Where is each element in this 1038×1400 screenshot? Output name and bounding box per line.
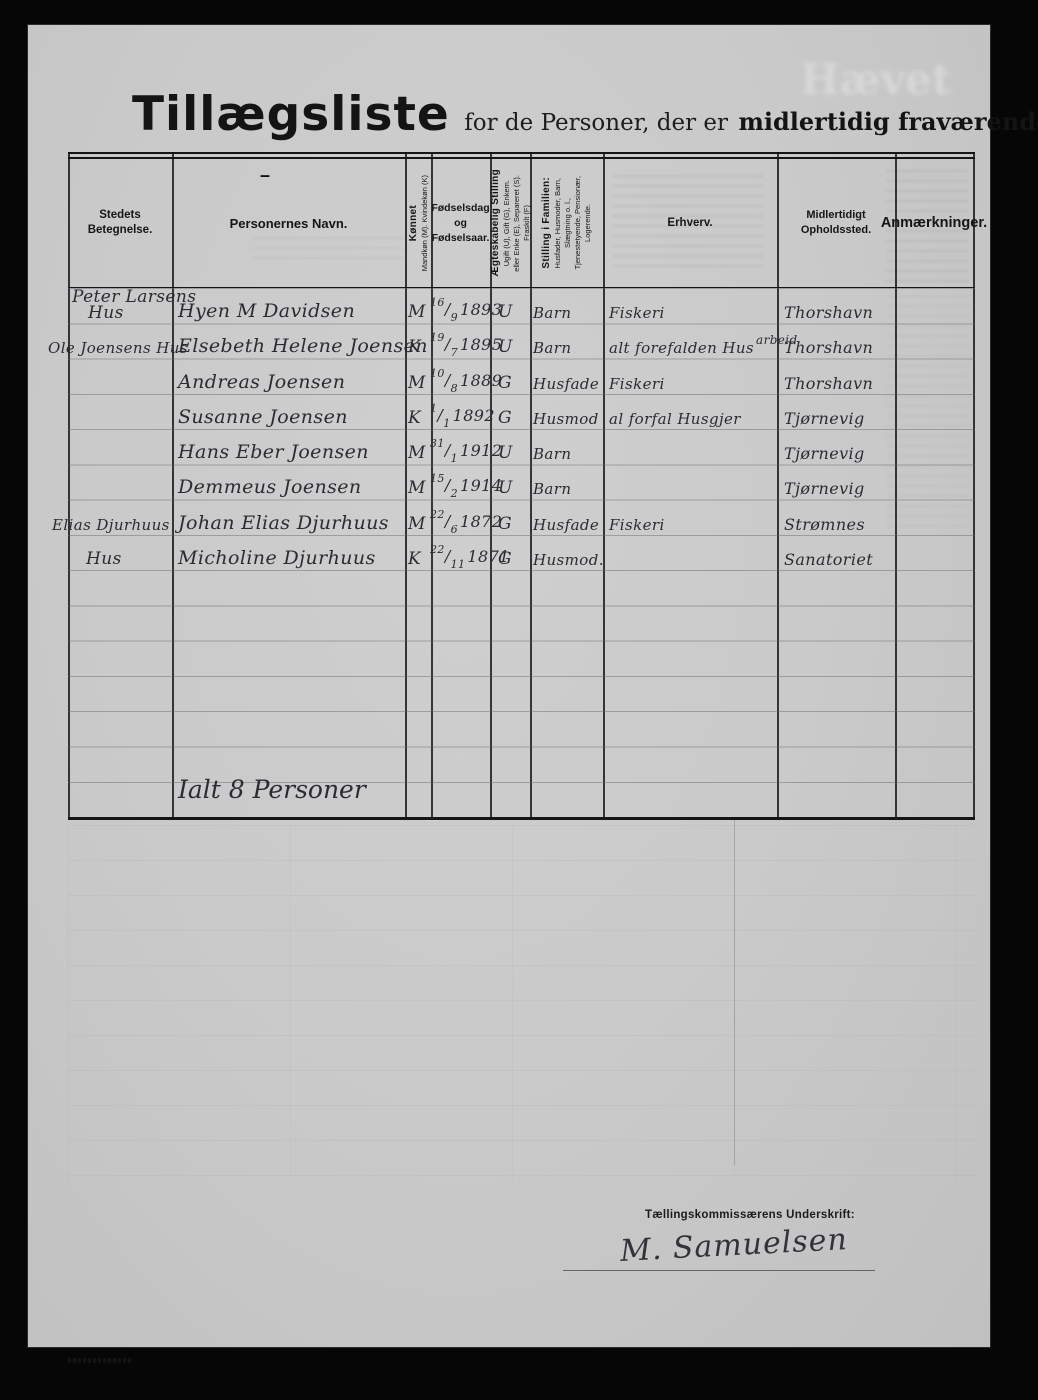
total-persons: Ialt 8 Personer (178, 775, 366, 804)
table-row: Peter LarsensHus Hyen M Davidsen M 16/91… (28, 288, 990, 323)
cell-sex: M (408, 443, 426, 463)
cell-place: Ole Joensens Hus (48, 339, 188, 357)
cell-sex: K (408, 337, 421, 357)
cell-birthdate: 19/71895 (430, 333, 502, 357)
cell-place: Hus (86, 549, 122, 569)
cell-occupation: al forfal Husgjer (609, 410, 741, 428)
cell-marital: U (498, 443, 513, 463)
cell-sex: M (408, 478, 426, 498)
table-bottom-rule (68, 817, 975, 820)
title-sub: for de Personer, der er (464, 110, 728, 136)
cell-marital: G (498, 408, 512, 428)
cell-marital: G (498, 373, 512, 393)
bleedthrough-grid (68, 825, 975, 1181)
cell-marital: U (498, 478, 513, 498)
cell-residence: Thorshavn (784, 374, 873, 393)
header-anmaerkninger: Anmærkninger. (895, 158, 973, 288)
cell-birthdate: 22/61872 (430, 510, 502, 534)
signature-line (563, 1270, 875, 1271)
header-fodselsdag: Fødselsdag og Fødselsaar. (431, 158, 490, 288)
header-personernes-navn: Personernes Navn. (172, 158, 405, 288)
table-row: Ole Joensens Hus Elsebeth Helene Joensen… (28, 323, 990, 358)
cell-occupation: Fiskeri (609, 516, 665, 534)
printer-mark (68, 1358, 132, 1363)
cell-occupation: alt forefalden Husarbeid (609, 339, 798, 357)
cell-sex: M (408, 373, 426, 393)
cell-sex: K (408, 408, 421, 428)
cell-family-position: Husmod. (533, 551, 604, 569)
cell-marital: U (498, 337, 513, 357)
cell-family-position: Barn (533, 304, 571, 322)
cell-family-position: Barn (533, 339, 571, 357)
bleedthrough-line (734, 820, 735, 1165)
signature-label: Tællingskommissærens Underskrift: (645, 1209, 855, 1221)
table-top-rule (68, 152, 975, 154)
cell-residence: Sanatoriet (784, 550, 873, 569)
cell-place: Elias Djurhuus (52, 516, 170, 534)
page-title: Tillægsliste for de Personer, der er mid… (132, 87, 1038, 142)
table-row: Hans Eber Joensen M 31/11912 U Barn Tjør… (28, 429, 990, 464)
cell-birthdate: 1/11892 (430, 404, 495, 428)
cell-birthdate: 16/91893 (430, 298, 502, 322)
cell-name: Andreas Joensen (178, 371, 345, 393)
cell-marital: G (498, 549, 512, 569)
cell-residence: Strømnes (784, 515, 865, 534)
cell-occupation: Fiskeri (609, 375, 665, 393)
cell-residence: Tjørnevig (784, 409, 865, 428)
cell-residence: Thorshavn (784, 303, 873, 322)
cell-birthdate: 15/21914 (430, 474, 502, 498)
cell-family-position: Barn (533, 445, 571, 463)
cell-sex: M (408, 514, 426, 534)
cell-name: Elsebeth Helene Joensen (178, 335, 428, 357)
header-midlertidigt-opholdssted: Midlertidigt Opholdssted. (777, 158, 895, 288)
cell-residence: Thorshavn (784, 338, 873, 357)
cell-marital: U (498, 302, 513, 322)
cell-family-position: Barn (533, 480, 571, 498)
header-erhverv: Erhverv. (603, 158, 777, 288)
cell-occupation: Fiskeri (609, 304, 665, 322)
table-row: Susanne Joensen K 1/11892 G Husmod al fo… (28, 394, 990, 429)
cell-name: Hyen M Davidsen (178, 300, 355, 322)
cell-residence: Tjørnevig (784, 479, 865, 498)
cell-birthdate: 31/11912 (430, 439, 502, 463)
cell-name: Johan Elias Djurhuus (178, 512, 389, 534)
cell-family-position: Husfade (533, 516, 599, 534)
cell-family-position: Husfade (533, 375, 599, 393)
cell-sex: M (408, 302, 426, 322)
cell-sex: K (408, 549, 421, 569)
scan-background: Hævet Tillægsliste for de Personer, der … (0, 0, 1038, 1400)
title-sub-bold: midlertidig fraværende. (739, 107, 1038, 136)
header-aegteskabelig-stilling: Ægteskabelig Stilling Ugift (U), Gift (G… (490, 158, 530, 288)
document-page: Hævet Tillægsliste for de Personer, der … (28, 25, 990, 1347)
table-row: Elias Djurhuus Johan Elias Djurhuus M 22… (28, 500, 990, 535)
commissioner-signature: M. Samuelsen (619, 1222, 848, 1269)
cell-family-position: Husmod (533, 410, 599, 428)
cell-marital: G (498, 514, 512, 534)
header-stedets-betegnelse: Stedets Betegnelse. (68, 158, 172, 288)
cell-birthdate: 10/81889 (430, 369, 502, 393)
cell-name: Demmeus Joensen (178, 476, 362, 498)
table-row: Demmeus Joensen M 15/21914 U Barn Tjørne… (28, 464, 990, 499)
cell-residence: Tjørnevig (784, 444, 865, 463)
cell-name: Micholine Djurhuus (178, 547, 376, 569)
title-main: Tillægsliste (132, 87, 450, 142)
header-konnet: Kønnet Mandkøn (M). Kvindekøn (K) (405, 158, 431, 288)
header-stilling-i-familien: Stilling i Familien: Husfader, Husmoder,… (530, 158, 603, 288)
table-row: Andreas Joensen M 10/81889 G Husfade Fis… (28, 359, 990, 394)
table-row: Hus Micholine Djurhuus K 22/111871 G Hus… (28, 535, 990, 570)
cell-name: Susanne Joensen (178, 406, 348, 428)
cell-name: Hans Eber Joensen (178, 441, 369, 463)
